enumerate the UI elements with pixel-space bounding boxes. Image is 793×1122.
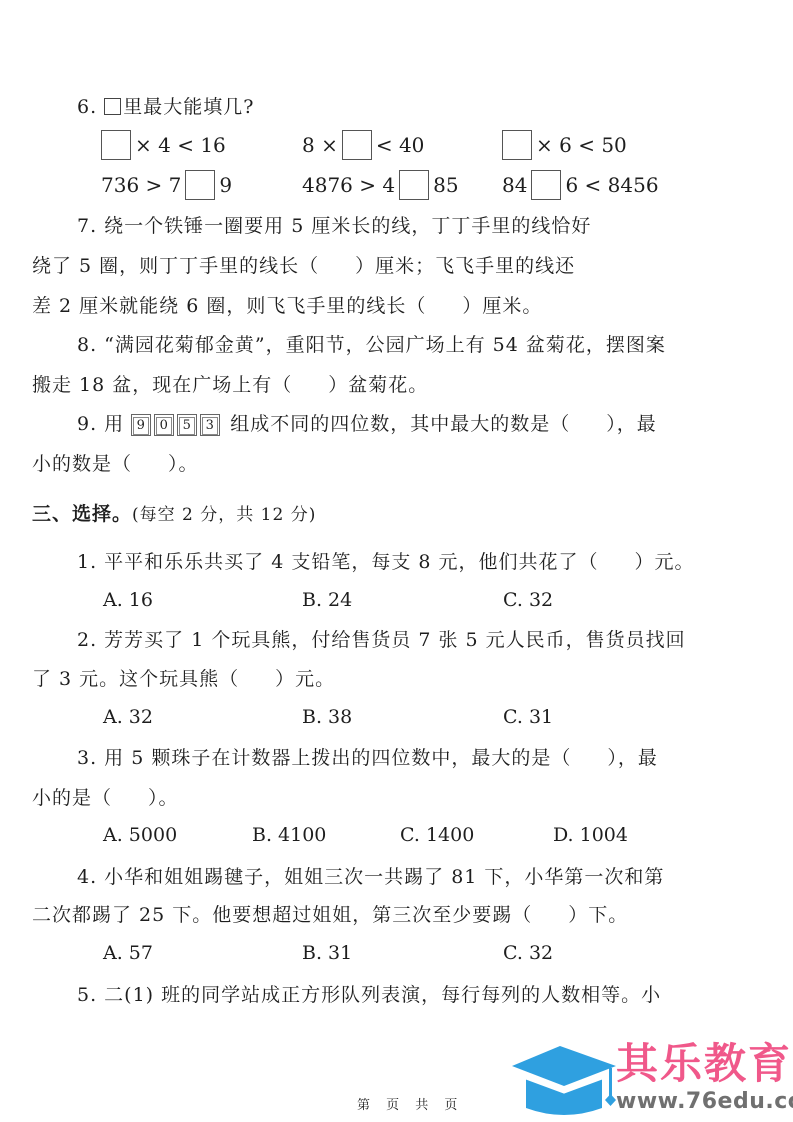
q7-line-3: 差 2 厘米就能绕 6 圈，则飞飞手里的线长（）厘米。 [32,294,542,318]
option-c[interactable]: C. 32 [503,941,553,965]
option-a[interactable]: A. 32 [103,705,153,729]
s3-q3-line-1: 3. 用 5 颗珠子在计数器上拨出的四位数中，最大的是（），最 [77,746,658,770]
option-b[interactable]: B. 24 [302,588,352,612]
q9-line-1: 9. 用 9053 组成不同的四位数，其中最大的数是（），最 [77,412,657,436]
option-c[interactable]: C. 1400 [400,823,474,847]
s3-q5-line-1: 5. 二(1) 班的同学站成正方形队列表演，每行每列的人数相等。小 [77,983,661,1007]
q6-expr-2: 8 × < 40 [302,128,424,162]
digit-card: 9 [131,414,151,436]
answer-box[interactable] [399,170,429,200]
q6-expr-4: 736 > 7 9 [101,168,232,202]
digit-card: 0 [154,414,174,436]
option-b[interactable]: B. 38 [302,705,352,729]
option-a[interactable]: A. 5000 [103,823,177,847]
section-title: 三、选择。 [32,503,132,525]
s3-q2-line-1: 2. 芳芳买了 1 个玩具熊，付给售货员 7 张 5 元人民币，售货员找回 [77,628,686,652]
s3-q4-line-2: 二次都踢了 25 下。他要想超过姐姐，第三次至少要踢（）下。 [32,903,628,927]
option-b[interactable]: B. 4100 [252,823,326,847]
option-c[interactable]: C. 32 [503,588,553,612]
section-note: (每空 2 分，共 12 分) [132,505,316,525]
s3-q3-line-2: 小的是（）。 [32,786,179,810]
option-a[interactable]: A. 57 [103,941,153,965]
q6-prompt: 6. 里最大能填几? [77,95,254,119]
digit-card: 5 [177,414,197,436]
section-3-header: 三、选择。(每空 2 分，共 12 分) [32,502,316,527]
s3-q1-line-1: 1. 平平和乐乐共买了 4 支铅笔，每支 8 元，他们共花了（）元。 [77,550,695,574]
page-number: 第 页 共 页 [357,1094,463,1113]
option-b[interactable]: B. 31 [302,941,352,965]
q7-line-2: 绕了 5 圈，则丁丁手里的线长（）厘米；飞飞手里的线还 [32,254,575,278]
answer-box[interactable] [101,130,131,160]
digit-card: 3 [200,414,220,436]
logo-url[interactable]: www.76edu.com [616,1090,793,1114]
blank-box-icon [104,98,121,115]
logo-name: 其乐教育 [616,1040,792,1088]
q6-expr-1: × 4 < 16 [101,128,226,162]
s3-q4-line-1: 4. 小华和姐姐踢毽子，姐姐三次一共踢了 81 下，小华第一次和第 [77,865,664,889]
s3-q2-line-2: 了 3 元。这个玩具熊（）元。 [32,667,335,691]
q9-line-2: 小的数是（）。 [32,452,199,476]
answer-box[interactable] [342,130,372,160]
q8-line-1: 8. “满园花菊郁金黄”，重阳节，公园广场上有 54 盆菊花，摆图案 [77,333,666,357]
answer-box[interactable] [502,130,532,160]
q7-line-1: 7. 绕一个铁锤一圈要用 5 厘米长的线，丁丁手里的线恰好 [77,214,591,238]
answer-box[interactable] [531,170,561,200]
option-c[interactable]: C. 31 [503,705,553,729]
q8-line-2: 搬走 18 盆，现在广场上有（）盆菊花。 [32,373,428,397]
q6-expr-6: 84 6 < 8456 [502,168,659,202]
option-d[interactable]: D. 1004 [553,823,628,847]
option-a[interactable]: A. 16 [103,588,153,612]
answer-box[interactable] [185,170,215,200]
q6-expr-5: 4876 > 4 85 [302,168,459,202]
q6-expr-3: × 6 < 50 [502,128,627,162]
graduation-cap-icon [508,1042,623,1117]
